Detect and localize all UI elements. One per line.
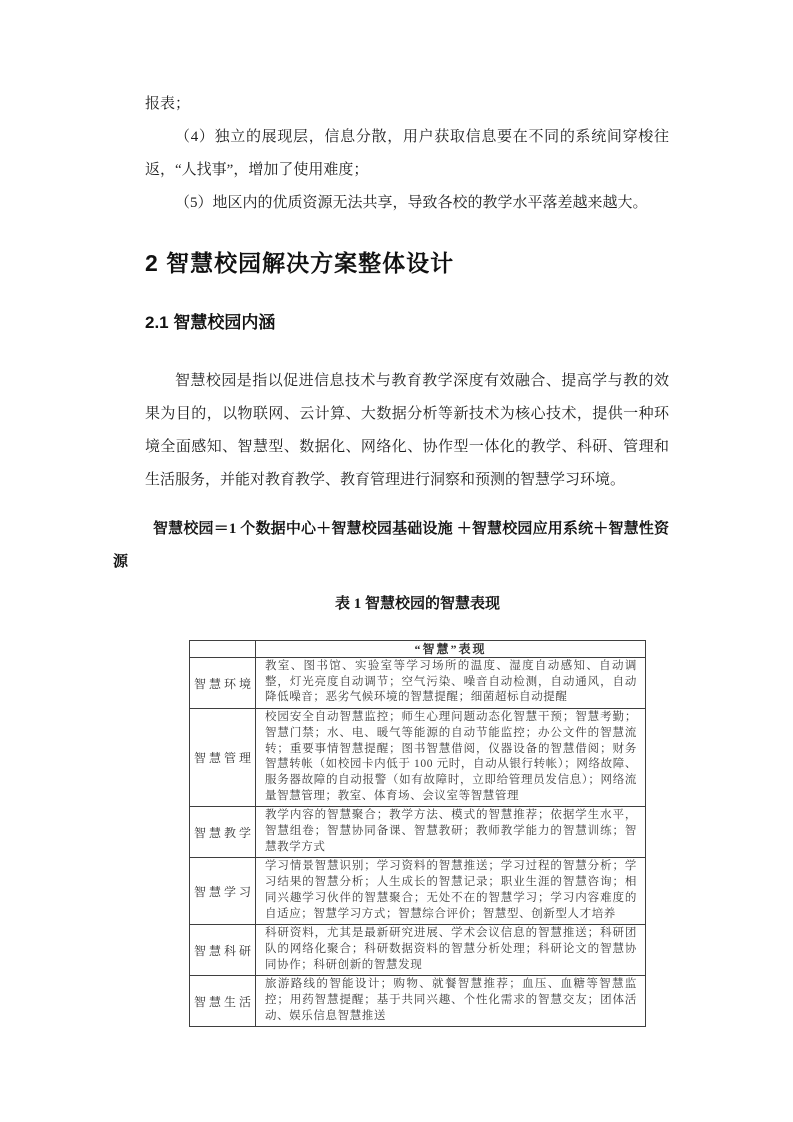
header-cell: “智慧”表现 [256,641,646,658]
table-row: 智慧学习 学习情景智慧识别；学习资料的智慧推送；学习过程的智慧分析；学习结果的智… [190,858,646,925]
table-row: 智慧环境 教室、图书馆、实验室等学习场所的温度、湿度自动感知、自动调整，灯光亮度… [190,658,646,709]
table-caption: 表 1 智慧校园的智慧表现 [189,592,646,616]
table-row: 智慧教学 教学内容的智慧聚合；教学方法、模式的智慧推荐；依据学生水平，智慧组卷；… [190,807,646,858]
smart-campus-table: “智慧”表现 智慧环境 教室、图书馆、实验室等学习场所的温度、湿度自动感知、自动… [189,640,646,1027]
table-row: 智慧生活 旅游路线的智能设计；购物、就餐智慧推荐；血压、血糖等智慧监控；用药智慧… [190,976,646,1027]
row-content-cell: 校园安全自动智慧监控；师生心理问题动态化智慧干预；智慧考勤；智慧门禁；水、电、暖… [256,709,646,807]
row-content-cell: 学习情景智慧识别；学习资料的智慧推送；学习过程的智慧分析；学习结果的智慧分析；人… [256,858,646,925]
table-row: 智慧科研 科研资料，尤其是最新研究进展、学术会议信息的智慧推送；科研团队的网络化… [190,925,646,976]
list-item-5: （5）地区内的优质资源无法共享，导致各校的教学水平落差越来越大。 [145,187,669,220]
row-content-cell: 教室、图书馆、实验室等学习场所的温度、湿度自动感知、自动调整，灯光亮度自动调节；… [256,658,646,709]
paragraph-leftover: 报表； [145,88,669,121]
page-content: 报表； （4）独立的展现层，信息分散，用户获取信息要在不同的系统间穿梭往返，“人… [145,0,669,1027]
row-label-cell: 智慧管理 [190,709,256,807]
table-header-row: “智慧”表现 [190,641,646,658]
body-paragraph: 智慧校园是指以促进信息技术与教育教学深度有效融合、提高学与教的效果为目的，以物联… [145,365,669,497]
row-label-cell: 智慧学习 [190,858,256,925]
row-content-cell: 旅游路线的智能设计；购物、就餐智慧推荐；血压、血糖等智慧监控；用药智慧提醒；基于… [256,976,646,1027]
row-content-cell: 科研资料，尤其是最新研究进展、学术会议信息的智慧推送；科研团队的网络化聚合；科研… [256,925,646,976]
document-page: 报表； （4）独立的展现层，信息分散，用户获取信息要在不同的系统间穿梭往返，“人… [0,0,793,1122]
row-content-cell: 教学内容的智慧聚合；教学方法、模式的智慧推荐；依据学生水平，智慧组卷；智慧协同备… [256,807,646,858]
row-label-cell: 智慧环境 [190,658,256,709]
list-item-4: （4）独立的展现层，信息分散，用户获取信息要在不同的系统间穿梭往返，“人找事”，… [145,121,669,187]
row-label-cell: 智慧教学 [190,807,256,858]
table-row: 智慧管理 校园安全自动智慧监控；师生心理问题动态化智慧干预；智慧考勤；智慧门禁；… [190,709,646,807]
subsection-heading: 2.1 智慧校园内涵 [145,310,669,336]
formula-paragraph: 智慧校园＝1 个数据中心＋智慧校园基础设施 ＋智慧校园应用系统＋智慧性资源 [113,513,669,579]
header-empty-cell [190,641,256,658]
row-label-cell: 智慧生活 [190,976,256,1027]
row-label-cell: 智慧科研 [190,925,256,976]
section-heading: 2 智慧校园解决方案整体设计 [145,245,669,281]
